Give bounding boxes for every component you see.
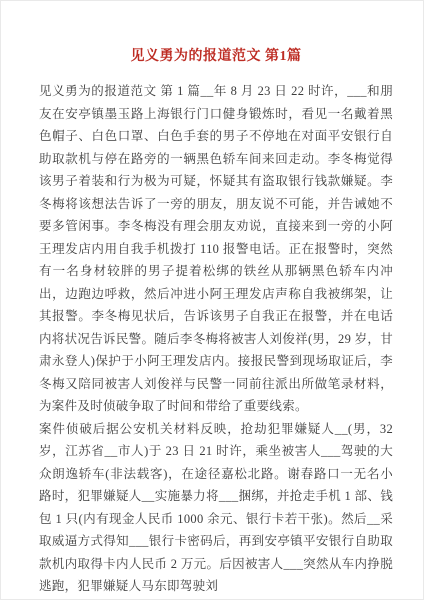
document-title: 见义勇为的报道范文 第1篇	[39, 47, 393, 67]
document-page: 见义勇为的报道范文 第1篇 见义勇为的报道范文 第 1 篇__年 8 月 23 …	[0, 0, 424, 600]
document-paragraph-2: 案件侦破后据公安机关材料反映，抢劫犯罪嫌疑人__(男，32 岁，江苏省__市人)…	[39, 418, 393, 598]
document-paragraph-1: 见义勇为的报道范文 第 1 篇__年 8 月 23 日 22 时许，___和朋友…	[39, 80, 393, 418]
